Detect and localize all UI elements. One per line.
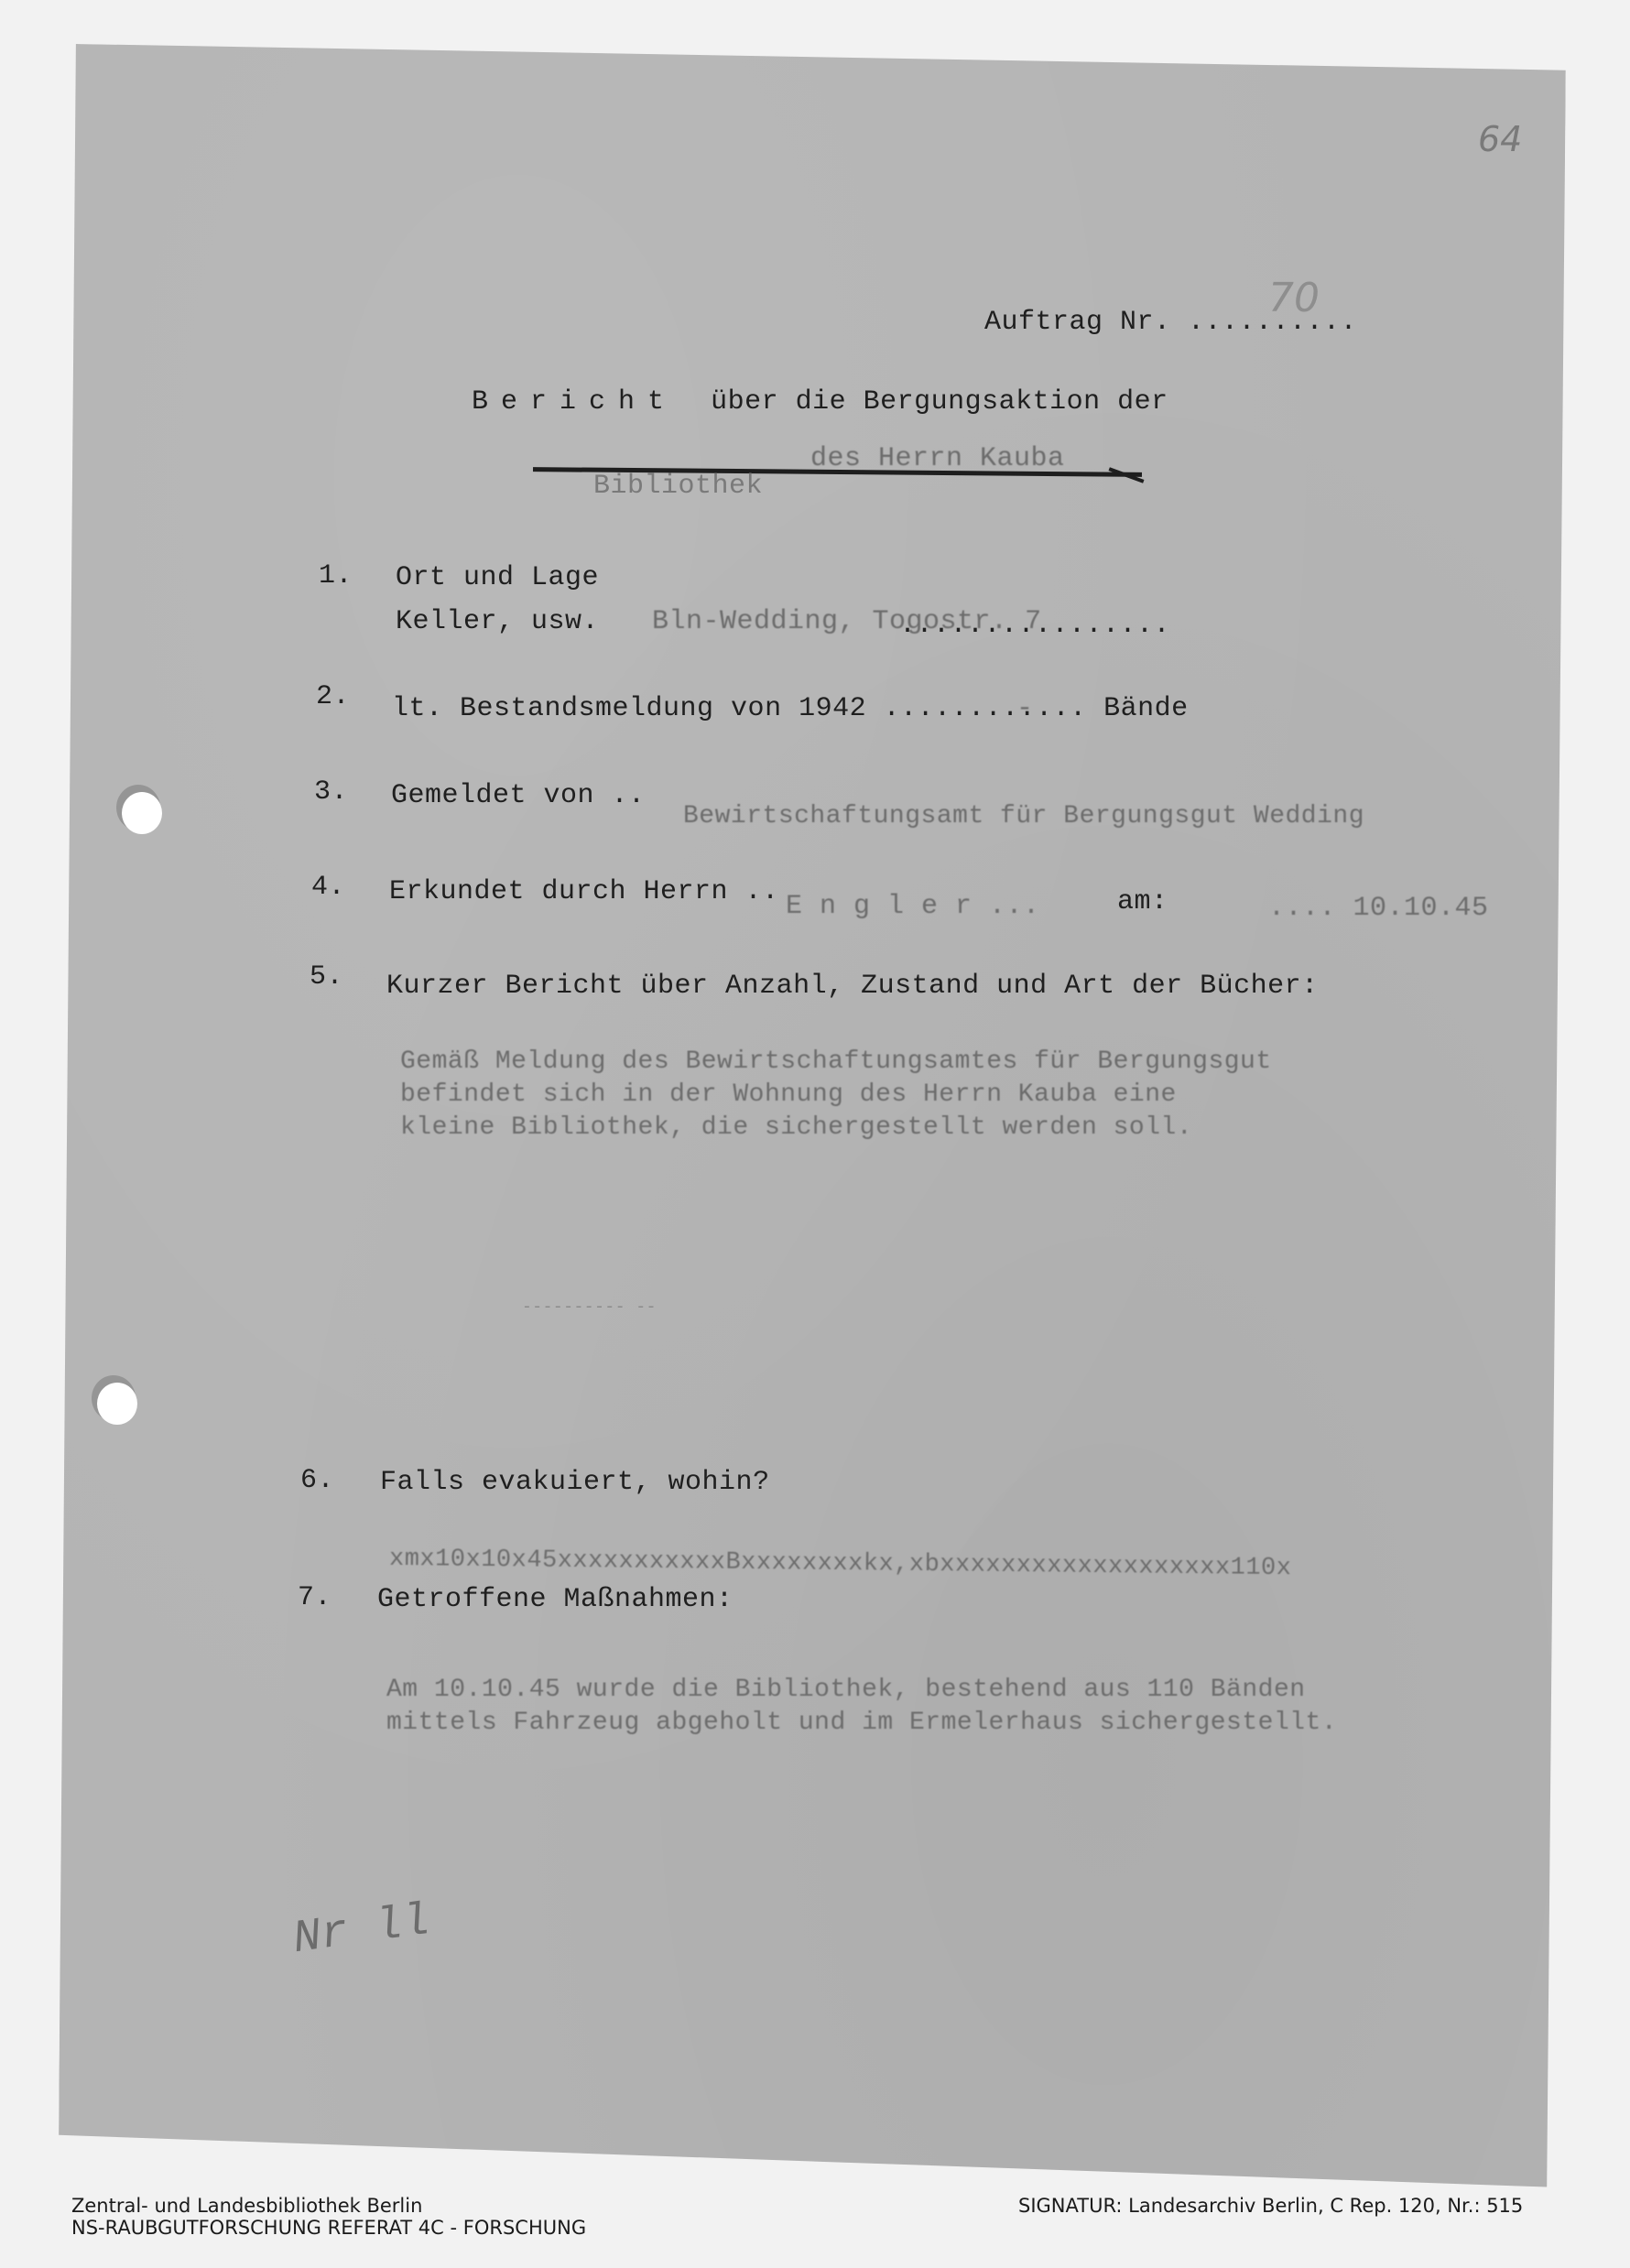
paragraph-line: kleine Bibliothek, die sichergestellt we…	[400, 1113, 1192, 1142]
item-report-paragraph: Gemäß Meldung des Bewirtschaftungsamtes …	[400, 1046, 1272, 1145]
item-number: 6.	[300, 1465, 334, 1496]
report-title-spaced: Bericht	[472, 386, 677, 418]
item-label: lt. Bestandsmeldung von 1942 ...........…	[392, 693, 1189, 724]
date-label: am:	[1117, 886, 1168, 917]
item-number: 2.	[316, 681, 350, 712]
report-title: Bericht über die Bergungsaktion der	[438, 355, 1168, 418]
paragraph-line: Gemäß Meldung des Bewirtschaftungsamtes …	[400, 1047, 1272, 1076]
item-number: 7.	[298, 1582, 331, 1613]
item-number: 3.	[314, 776, 348, 808]
item-label: Falls evakuiert, wohin?	[380, 1467, 770, 1498]
paragraph-line: mittels Fahrzeug abgeholt und im Ermeler…	[386, 1709, 1337, 1737]
report-title-rest: über die Bergungsaktion der	[711, 386, 1168, 418]
punch-hole	[122, 792, 162, 834]
order-number-handwritten: 70	[1268, 275, 1320, 321]
item-number: 1.	[319, 560, 353, 591]
paragraph-line: Am 10.10.45 wurde die Bibliothek, besteh…	[386, 1676, 1306, 1704]
footer-library: Zentral- und Landesbibliothek Berlin	[71, 2195, 422, 2217]
subject-struck-word: Bibliothek	[593, 471, 763, 502]
item-label: Gemeldet von ..	[391, 780, 646, 811]
footer-archive-info: Zentral- und Landesbibliothek Berlin NS-…	[71, 2195, 586, 2239]
item-number: 4.	[311, 872, 345, 903]
item-number: 5.	[310, 961, 343, 993]
item-value-explorer: E n g l e r ...	[786, 891, 1040, 922]
item-value-date: .... 10.10.45	[1268, 893, 1489, 924]
paragraph-line: befindet sich in der Wohnung des Herrn K…	[400, 1080, 1177, 1109]
item-value-reported-by: Bewirtschaftungsamt für Bergungsgut Wedd…	[683, 802, 1364, 830]
punch-hole	[97, 1383, 137, 1425]
item-label: Getroffene Maßnahmen:	[377, 1584, 733, 1615]
item-label: Keller, usw.	[396, 606, 599, 637]
stray-typed-marks: ---------- --	[522, 1298, 657, 1317]
item-label: Erkundet durch Herrn ..	[389, 876, 779, 907]
footer-signature: SIGNATUR: Landesarchiv Berlin, C Rep. 12…	[1018, 2195, 1523, 2217]
item-label: Ort und Lage	[396, 562, 599, 593]
footer-department: NS-RAUBGUTFORSCHUNG REFERAT 4C - FORSCHU…	[71, 2217, 586, 2239]
item-measures-paragraph: Am 10.10.45 wurde die Bibliothek, besteh…	[386, 1674, 1337, 1740]
page-number: 64	[1478, 119, 1522, 159]
item-label: Kurzer Bericht über Anzahl, Zustand und …	[386, 971, 1319, 1002]
item-value-volumes: -	[1016, 693, 1034, 724]
dotted-fill: ................	[899, 610, 1170, 641]
